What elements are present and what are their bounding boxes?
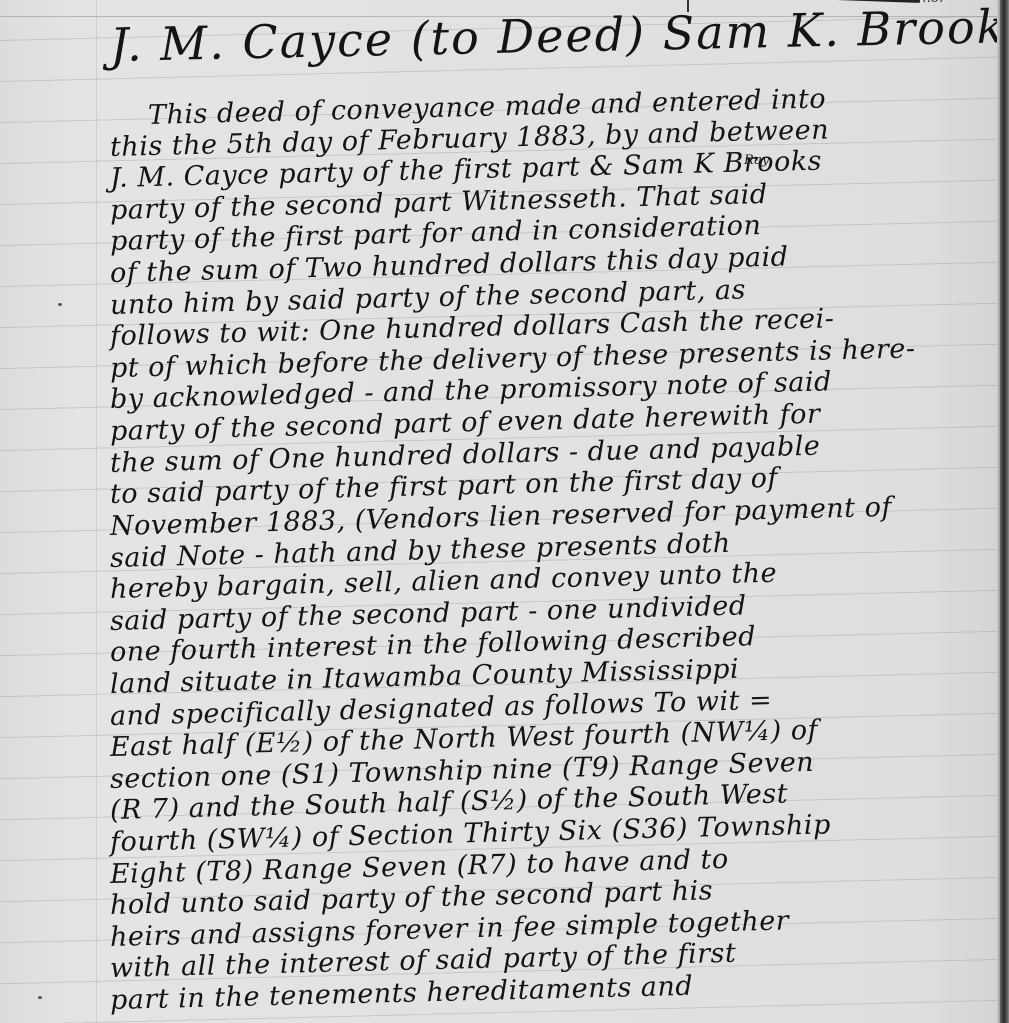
book-binding bbox=[1000, 0, 1009, 1023]
document-page: ..o. J. M. Cayce (to Deed) Sam K. Brooks… bbox=[0, 0, 1000, 1023]
paper-speck bbox=[38, 996, 42, 999]
deed-title: J. M. Cayce (to Deed) Sam K. Brooks, bbox=[109, 0, 1000, 72]
margin-line bbox=[96, 0, 97, 1023]
paper-speck bbox=[58, 303, 62, 306]
